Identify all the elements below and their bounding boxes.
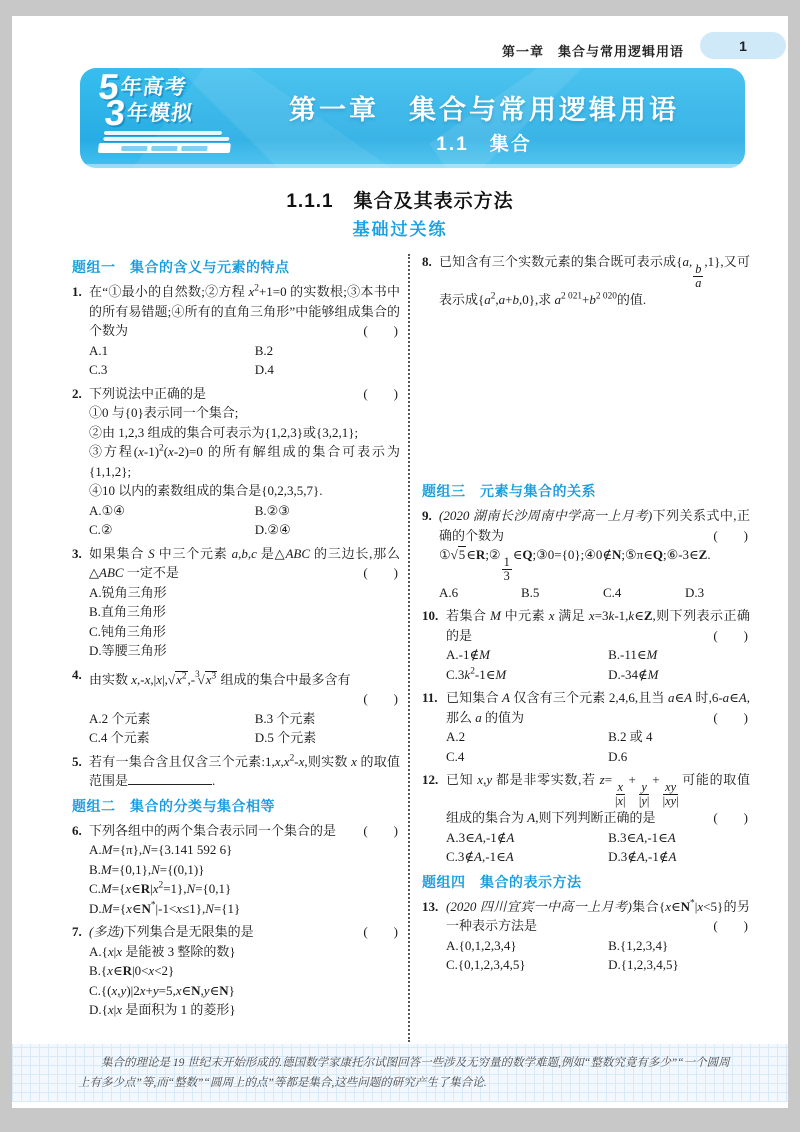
question-group-header: 题组三 元素与集合的关系 [422, 481, 750, 501]
option: A.2 个元素 [89, 709, 251, 729]
section-number-title: 1.1 集合 [245, 129, 723, 156]
option: A.2 [446, 727, 604, 747]
question-number: 3. [72, 544, 82, 564]
question-item: 3.如果集合 S 中三个元素 a,b,c 是△ABC 的三边长,那么△ABC 一… [72, 544, 400, 661]
logo-line2-digit: 3 [103, 92, 128, 133]
question-number: 9. [422, 506, 432, 526]
option: A.6 [439, 583, 517, 603]
option: B.②③ [255, 501, 404, 521]
option: D.6 [608, 747, 754, 767]
answer-options: A.①④B.②③C.②D.②④ [89, 501, 400, 540]
logo-ribbon [98, 143, 231, 153]
question-subline: ④10 以内的素数组成的集合是{0,2,3,5,7}. [89, 481, 400, 501]
option: A.①④ [89, 501, 251, 521]
question-number: 6. [72, 821, 82, 841]
question-stem: 在“①最小的自然数;②方程 x2+1=0 的实数根;③本书中的所有易错题;④所有… [89, 282, 400, 341]
option: B.3∈A,-1∈A [608, 828, 754, 848]
option: B.直角三角形 [89, 602, 400, 622]
practice-set-title: 基础过关练 [12, 215, 788, 240]
right-column: 8.已知含有三个实数元素的集合既可表示成{a,ba,1},又可表示成{a2,a+… [422, 252, 750, 979]
answer-options: A.2B.2 或 4C.4D.6 [446, 727, 750, 766]
answer-paren: ( ) [713, 708, 748, 728]
question-item: 11.已知集合 A 仅含有三个元素 2,4,6,且当 a∈A 时,6-a∈A,那… [422, 688, 750, 766]
column-divider [408, 254, 410, 1042]
option: D.5 个元素 [255, 728, 404, 748]
option: B.-11∈M [608, 645, 754, 665]
question-group-header: 题组一 集合的含义与元素的特点 [72, 257, 400, 277]
question-stem: 已知含有三个实数元素的集合既可表示成{a,ba,1},又可表示成{a2,a+b,… [439, 252, 750, 309]
option: A.M={π},N={3.141 592 6} [89, 840, 400, 860]
answer-paren: ( ) [713, 526, 748, 546]
question-number: 5. [72, 752, 82, 772]
question-stem: 下列各组中的两个集合表示同一个集合的是( ) [89, 821, 400, 841]
option: B.3 个元素 [255, 709, 404, 729]
question-item: 6.下列各组中的两个集合表示同一个集合的是( )A.M={π},N={3.141… [72, 821, 400, 919]
option: C.4 [603, 583, 681, 603]
answer-paren: ( ) [363, 384, 398, 404]
answer-paren: ( ) [713, 808, 748, 828]
answer-paren: ( ) [363, 821, 398, 841]
question-stem: 若有一集合含且仅含三个元素:1,x,x2-x,则实数 x 的取值范围是. [89, 752, 400, 791]
subsection-title: 1.1.1 集合及其表示方法 [12, 186, 788, 213]
answer-paren: ( ) [713, 916, 748, 936]
question-stem: 由实数 x,-x,|x|,√x2,-3√x3 组成的集合中最多含有 [89, 665, 400, 690]
option: D.{1,2,3,4,5} [608, 955, 754, 975]
option: D.{x|x 是面积为 1 的菱形} [89, 1000, 400, 1020]
option: C.3k2-1∈M [446, 665, 604, 685]
option: D.M={x∈N*|-1<x≤1},N={1} [89, 899, 400, 919]
question-item: 5.若有一集合含且仅含三个元素:1,x,x2-x,则实数 x 的取值范围是. [72, 752, 400, 791]
option: A.{x|x 是能被 3 整除的数} [89, 942, 400, 962]
logo-book-stack-icon [103, 131, 252, 141]
option: C.3∉A,-1∈A [446, 847, 604, 867]
answer-paren: ( ) [363, 563, 398, 583]
option: C.4 [446, 747, 604, 767]
left-column: 题组一 集合的含义与元素的特点1.在“①最小的自然数;②方程 x2+1=0 的实… [72, 252, 400, 1024]
answer-options: A.6B.5C.4D.3 [439, 583, 750, 603]
book-page: 第一章 集合与常用逻辑用语 1 5年高考 3年模拟 第一章 集合与常用逻辑用语 … [12, 16, 788, 1108]
option: D.-34∉M [608, 665, 754, 685]
option: B.M={0,1},N={(0,1)} [89, 860, 400, 880]
answer-options: A.-1∉MB.-11∈MC.3k2-1∈MD.-34∉M [446, 645, 750, 684]
brand-logo: 5年高考 3年模拟 [92, 74, 258, 153]
option: C.4 个元素 [89, 728, 251, 748]
question-number: 13. [422, 897, 438, 917]
option: D.3 [685, 583, 750, 603]
option: A.3∈A,-1∉A [446, 828, 604, 848]
question-group-header: 题组二 集合的分类与集合相等 [72, 796, 400, 816]
logo-line-2: 3年模拟 [104, 100, 256, 126]
answer-options: A.1B.2C.3D.4 [89, 341, 400, 380]
question-subline: ②由 1,2,3 组成的集合可表示为{1,2,3}或{3,2,1}; [89, 423, 400, 443]
option: B.2 或 4 [608, 727, 754, 747]
option: B.{1,2,3,4} [608, 936, 754, 956]
question-stem: (多选)下列集合是无限集的是( ) [89, 922, 400, 942]
question-stem: 已知 x,y 都是非零实数,若 z=x|x|+y|y|+xy|xy|可能的取值组… [446, 770, 750, 827]
question-item: 7.(多选)下列集合是无限集的是( )A.{x|x 是能被 3 整除的数}B.{… [72, 922, 400, 1020]
option: A.1 [89, 341, 251, 361]
option: D.3∉A,-1∉A [608, 847, 754, 867]
option: A.-1∉M [446, 645, 604, 665]
question-number: 10. [422, 606, 438, 626]
answer-blank [128, 772, 212, 785]
option: B.{x∈R|0<x<2} [89, 961, 400, 981]
question-number: 8. [422, 252, 432, 272]
answer-options: A.{x|x 是能被 3 整除的数}B.{x∈R|0<x<2}C.{(x,y)|… [89, 942, 400, 1020]
answer-options: A.2 个元素B.3 个元素C.4 个元素D.5 个元素 [89, 709, 400, 748]
question-item: 12.已知 x,y 都是非零实数,若 z=x|x|+y|y|+xy|xy|可能的… [422, 770, 750, 866]
option: D.4 [255, 360, 404, 380]
option: C.{0,1,2,3,4,5} [446, 955, 604, 975]
question-stem: 下列说法中正确的是( ) [89, 384, 400, 404]
chapter-title: 第一章 集合与常用逻辑用语 [245, 88, 723, 127]
chapter-banner: 5年高考 3年模拟 第一章 集合与常用逻辑用语 1.1 集合 [80, 68, 745, 168]
question-number: 7. [72, 922, 82, 942]
question-item: 8.已知含有三个实数元素的集合既可表示成{a,ba,1},又可表示成{a2,a+… [422, 252, 750, 309]
option: C.M={x∈R|x2=1},N={0,1} [89, 879, 400, 899]
question-item: 10.若集合 M 中元素 x 满足 x=3k-1,k∈Z,则下列表示正确的是( … [422, 606, 750, 684]
logo-line1-text: 年高考 [120, 76, 188, 99]
question-number: 12. [422, 770, 438, 790]
question-item: 9.(2020 湖南长沙周南中学高一上月考)下列关系式中,正确的个数为( )①√… [422, 506, 750, 602]
answer-paren: ( ) [89, 689, 400, 709]
footnote-text: 集合的理论是 19 世纪末开始形成的.德国数学家康托尔试图回答一些涉及无穷量的数… [12, 1044, 788, 1093]
answer-paren: ( ) [713, 626, 748, 646]
question-number: 4. [72, 665, 82, 685]
answer-options: A.{0,1,2,3,4}B.{1,2,3,4}C.{0,1,2,3,4,5}D… [446, 936, 750, 975]
running-head-chapter: 第一章 集合与常用逻辑用语 [502, 41, 684, 60]
logo-line2-text: 年模拟 [126, 102, 194, 125]
footnote-panel: 集合的理论是 19 世纪末开始形成的.德国数学家康托尔试图回答一些涉及无穷量的数… [12, 1044, 788, 1102]
page-number-badge: 1 [700, 32, 786, 59]
question-stem: (2020 湖南长沙周南中学高一上月考)下列关系式中,正确的个数为( ) [439, 506, 750, 545]
question-number: 1. [72, 282, 82, 302]
answer-options: A.M={π},N={3.141 592 6}B.M={0,1},N={(0,1… [89, 840, 400, 918]
question-item: 1.在“①最小的自然数;②方程 x2+1=0 的实数根;③本书中的所有易错题;④… [72, 282, 400, 380]
question-group-header: 题组四 集合的表示方法 [422, 872, 750, 892]
question-item: 13.(2020 四川宜宾一中高一上月考)集合{x∈N*|x<5}的另一种表示方… [422, 897, 750, 975]
question-stem: 已知集合 A 仅含有三个元素 2,4,6,且当 a∈A 时,6-a∈A,那么 a… [446, 688, 750, 727]
question-stem: (2020 四川宜宾一中高一上月考)集合{x∈N*|x<5}的另一种表示方法是(… [446, 897, 750, 936]
option: A.锐角三角形 [89, 583, 400, 603]
answer-paren: ( ) [363, 321, 398, 341]
page-number: 1 [739, 38, 747, 54]
answer-options: A.锐角三角形B.直角三角形C.钝角三角形D.等腰三角形 [89, 583, 400, 661]
answer-paren: ( ) [363, 922, 398, 942]
option: A.{0,1,2,3,4} [446, 936, 604, 956]
option: B.2 [255, 341, 404, 361]
option: C.{(x,y)|2x+y=5,x∈N,y∈N} [89, 981, 400, 1001]
question-number: 11. [422, 688, 438, 708]
option: D.等腰三角形 [89, 641, 400, 661]
option: C.3 [89, 360, 251, 380]
question-subline: ③方程(x-1)2(x-2)=0 的所有解组成的集合可表示为{1,1,2}; [89, 442, 400, 481]
option: D.②④ [255, 520, 404, 540]
question-item: 4.由实数 x,-x,|x|,√x2,-3√x3 组成的集合中最多含有( )A.… [72, 665, 400, 748]
answer-options: A.3∈A,-1∉AB.3∈A,-1∈AC.3∉A,-1∈AD.3∉A,-1∉A [446, 828, 750, 867]
question-subline: ①0 与{0}表示同一个集合; [89, 403, 400, 423]
option: B.5 [521, 583, 599, 603]
question-item: 2.下列说法中正确的是( )①0 与{0}表示同一个集合;②由 1,2,3 组成… [72, 384, 400, 540]
option: C.② [89, 520, 251, 540]
option: C.钝角三角形 [89, 622, 400, 642]
question-stem: 如果集合 S 中三个元素 a,b,c 是△ABC 的三边长,那么△ABC 一定不… [89, 544, 400, 583]
question-stem: 若集合 M 中元素 x 满足 x=3k-1,k∈Z,则下列表示正确的是( ) [446, 606, 750, 645]
question-number: 2. [72, 384, 82, 404]
banner-bottom-strip [80, 164, 745, 168]
question-subline: ①√5∈R;②13∈Q;③0={0};④0∉N;⑤π∈Q;⑥-3∈Z. [439, 545, 750, 583]
